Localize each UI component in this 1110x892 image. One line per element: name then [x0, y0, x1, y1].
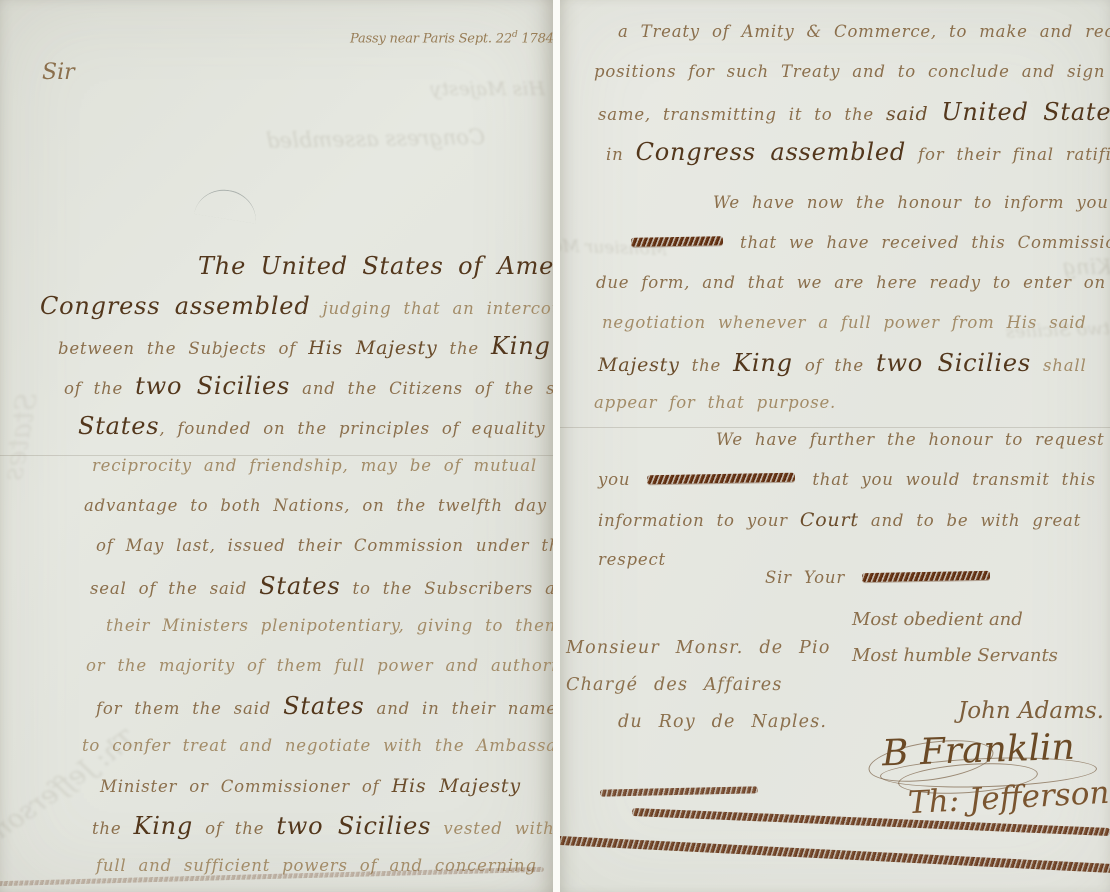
dateline: Passy near Paris Sept. 22d 1784 — [350, 30, 554, 46]
text-segment: to confer treat and negotiate with the A… — [82, 736, 554, 755]
manuscript-line: Minister or Commissioner of His Majesty — [28, 766, 550, 806]
text-segment: , founded on the principles of equality — [159, 419, 545, 438]
pencil-mark — [194, 185, 260, 223]
strikeout-line — [600, 786, 758, 796]
text-segment: their Ministers plenipotentiary, giving … — [106, 616, 554, 635]
text-segment: and to be with great — [859, 511, 1081, 530]
text-segment: that we have received this Commission in — [728, 233, 1110, 252]
text-segment: We have now the honour to inform you — [713, 193, 1110, 212]
text-segment: King — [491, 332, 551, 360]
text-segment: vested with — [431, 819, 554, 838]
manuscript-line: We have now the honour to inform you — [578, 183, 1106, 223]
manuscript-line: information to your Court and to be with… — [578, 500, 1106, 540]
manuscript-line: positions for such Treaty and to conclud… — [578, 52, 1106, 92]
text-segment: for them the said — [96, 699, 283, 718]
text-segment: a Treaty of Amity & Commerce, to make an… — [618, 22, 1110, 41]
manuscript-line: Chargé des Affaires — [566, 667, 926, 704]
text-segment: negotiation whenever a full power from H… — [602, 313, 1087, 332]
manuscript-line: du Roy de Naples. — [566, 704, 926, 741]
text-segment: said — [886, 103, 941, 125]
text-segment: for their final ratification. — [906, 145, 1110, 164]
text-segment: the — [92, 819, 133, 838]
text-segment: you — [598, 470, 642, 489]
manuscript-line: or the majority of them full power and a… — [28, 646, 550, 686]
manuscript-line: for them the said States and in their na… — [28, 686, 550, 726]
text-segment: same, transmitting it to the — [598, 105, 886, 124]
text-segment: of the — [64, 379, 135, 398]
text-segment: in — [606, 145, 636, 164]
text-segment: that you would transmit this — [800, 470, 1096, 489]
text-segment: two Sicilies — [135, 372, 290, 400]
text-segment: Congress assembled — [636, 138, 906, 166]
signature-john-adams: John Adams. — [958, 698, 1104, 724]
closing-line: Sir Your — [765, 558, 1095, 598]
manuscript-line: States, founded on the principles of equ… — [28, 406, 550, 446]
text-segment: to the Subscribers as — [341, 579, 555, 598]
manuscript-line: The United States of America in — [28, 246, 550, 286]
manuscript-line: of May last, issued their Commission und… — [28, 526, 550, 566]
dateline-year: 1784 — [518, 31, 554, 46]
text-segment: of May last, issued their Commission und… — [96, 536, 554, 555]
left-page-body: The United States of America inCongress … — [28, 246, 550, 886]
text-segment: judging that an intercourse — [310, 299, 554, 318]
salutation: Sir — [42, 60, 75, 85]
text-segment: Congress assembled — [40, 292, 310, 320]
manuscript-line: their Ministers plenipotentiary, giving … — [28, 606, 550, 646]
strikeout-mark — [647, 473, 795, 485]
text-segment: appear for that purpose. — [594, 393, 836, 412]
text-segment: advantage to both Nations, on the twelft… — [84, 496, 547, 515]
page-right: Monsieur Monsr. de Pio King two Sicilies… — [560, 0, 1110, 892]
text-segment: of the — [193, 819, 276, 838]
text-segment: the — [437, 339, 491, 358]
manuscript-line: that we have received this Commission in — [578, 223, 1106, 263]
text-segment: States — [259, 572, 340, 600]
page-seam — [553, 0, 560, 892]
text-segment: shall — [1031, 356, 1087, 375]
manuscript-line: seal of the said States to the Subscribe… — [28, 566, 550, 606]
manuscript-line: Sir Your — [765, 558, 1095, 598]
text-segment: United States — [941, 98, 1110, 126]
text-segment: Monsieur Monsr. de Pio — [566, 638, 831, 658]
text-segment: His Majesty — [308, 337, 437, 359]
text-segment: between the Subjects of — [58, 339, 308, 358]
text-segment: King — [133, 812, 193, 840]
page-left: His Majesty Congress assembled States Th… — [0, 0, 554, 892]
manuscript-line: advantage to both Nations, on the twelft… — [28, 486, 550, 526]
address-block: Monsieur Monsr. de PioChargé des Affaire… — [566, 630, 926, 741]
manuscript-line: of the two Sicilies and the Citizens of … — [28, 366, 550, 406]
manuscript-line: negotiation whenever a full power from H… — [578, 303, 1106, 343]
text-segment: Court — [800, 509, 859, 531]
text-segment: information to your — [598, 511, 800, 530]
manuscript-line: you that you would transmit this — [578, 460, 1106, 500]
text-segment: Chargé des Affaires — [566, 675, 783, 695]
text-segment: and in their name — [365, 699, 554, 718]
manuscript-line: in Congress assembled for their final ra… — [578, 132, 1106, 172]
text-segment: Minister or Commissioner of — [100, 777, 392, 796]
text-segment: two Sicilies — [876, 349, 1031, 377]
manuscript-line: We have further the honour to request of — [578, 420, 1106, 460]
manuscript-line: between the Subjects of His Majesty the … — [28, 326, 550, 366]
manuscript-line: Majesty the King of the two Sicilies sha… — [578, 343, 1106, 383]
text-segment: reciprocity and friendship, may be of mu… — [92, 456, 537, 475]
manuscript-line: due form, and that we are here ready to … — [578, 263, 1106, 303]
strikeout-mark — [862, 571, 990, 582]
text-segment: Majesty — [598, 354, 680, 376]
text-segment: the — [680, 356, 734, 375]
strikeout-mark — [631, 236, 723, 247]
text-segment: two Sicilies — [276, 812, 431, 840]
manuscript-line: appear for that purpose. — [578, 383, 1106, 423]
text-segment: The United States of America — [198, 252, 554, 280]
text-segment: King — [733, 349, 793, 377]
text-segment: respect — [598, 550, 666, 569]
text-segment: His Majesty — [392, 775, 521, 797]
dateline-text: Passy near Paris Sept. 22 — [350, 31, 512, 46]
text-segment: States — [283, 692, 364, 720]
text-segment: Sir Your — [765, 568, 857, 587]
manuscript-line: same, transmitting it to the said United… — [578, 92, 1106, 132]
manuscript-line: a Treaty of Amity & Commerce, to make an… — [578, 12, 1106, 52]
text-segment: seal of the said — [90, 579, 259, 598]
document-scan: His Majesty Congress assembled States Th… — [0, 0, 1110, 892]
manuscript-line: Congress assembled judging that an inter… — [28, 286, 550, 326]
text-segment: due form, and that we are here ready to … — [596, 273, 1110, 292]
text-segment: du Roy de Naples. — [618, 712, 827, 732]
text-segment: We have further the honour to request of — [716, 430, 1110, 449]
right-page-paragraph-2: We have now the honour to inform you tha… — [578, 183, 1106, 423]
strikeout-line — [560, 836, 1110, 874]
text-segment: of the — [793, 356, 876, 375]
text-segment: States — [78, 412, 159, 440]
text-segment: and the Citizens of the said — [290, 379, 554, 398]
text-segment: positions for such Treaty and to conclud… — [594, 62, 1110, 81]
manuscript-line: reciprocity and friendship, may be of mu… — [28, 446, 550, 486]
manuscript-line: to confer treat and negotiate with the A… — [28, 726, 550, 766]
text-segment: or the majority of them full power and a… — [86, 656, 554, 675]
manuscript-line: Monsieur Monsr. de Pio — [566, 630, 926, 667]
right-page-paragraph-3: We have further the honour to request of… — [578, 420, 1106, 580]
bleed-through-ghost: His Majesty — [250, 78, 545, 100]
manuscript-line: the King of the two Sicilies vested with — [28, 806, 550, 846]
right-page-paragraph-1: a Treaty of Amity & Commerce, to make an… — [578, 12, 1106, 172]
bleed-through-ghost: Congress assembled — [140, 125, 485, 155]
